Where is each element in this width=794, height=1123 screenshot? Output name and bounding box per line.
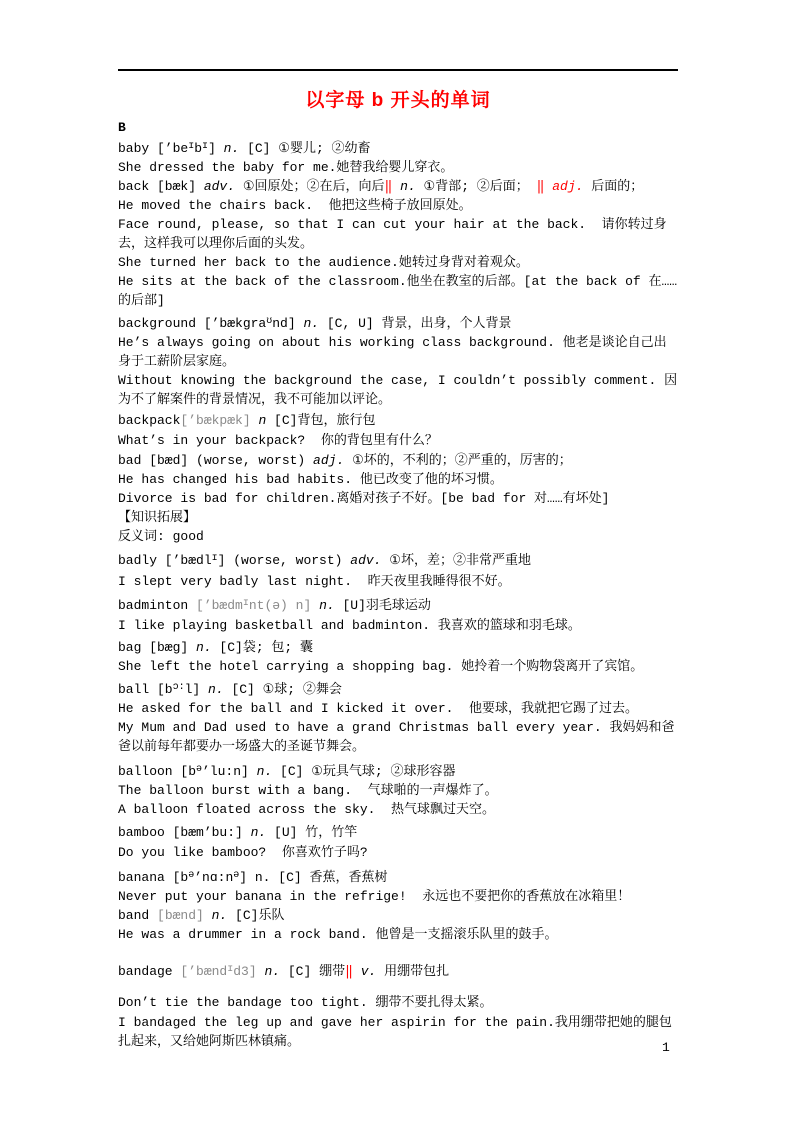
text-run: My Mum and Dad used to have a grand Chri…: [118, 720, 674, 754]
example-back-1: He moved the chairs back. 他把这些椅子放回原处。: [118, 196, 678, 215]
text-run: Don’t tie the bandage too tight. 绷带不要扎得太…: [118, 995, 492, 1010]
text-run: bandage: [118, 964, 180, 979]
text-run: Without knowing the background the case,…: [118, 373, 677, 407]
text-run: He has changed his bad habits. 他已改变了他的坏习…: [118, 472, 503, 487]
text-run: nd]: [272, 316, 303, 331]
entry-backpack: backpack[’bækpæk] n [C]背包，旅行包: [118, 411, 678, 430]
text-run: [C, U] 背景，出身，个人背景: [319, 316, 511, 331]
example-ball-1: He asked for the ball and I kicked it ov…: [118, 699, 678, 718]
example-balloon-1: The balloon burst with a bang. 气球啪的一声爆炸了…: [118, 781, 678, 800]
dictionary-entries: Bbaby [’beɪbɪ] n. [C] ①婴儿; ②幼畜She dresse…: [118, 118, 678, 1051]
text-run: He moved the chairs back. 他把这些椅子放回原处。: [118, 198, 472, 213]
text-run: I slept very badly last night. 昨天夜里我睡得很不…: [118, 574, 511, 589]
text-run: ball [b: [118, 682, 173, 697]
text-run: nt(ə) n]: [249, 598, 319, 613]
text-run: n.: [212, 908, 228, 923]
text-run: n.: [208, 682, 224, 697]
example-balloon-2: A balloon floated across the sky. 热气球飘过天…: [118, 800, 678, 819]
document-page: 以字母 b 开头的单词 Bbaby [’beɪbɪ] n. [C] ①婴儿; ②…: [0, 0, 794, 1123]
phonetic-superscript: ɔ:: [173, 682, 185, 693]
page-title: 以字母 b 开头的单词: [118, 85, 678, 112]
text-run: adj.: [313, 453, 344, 468]
text-run: back [bæk]: [118, 179, 204, 194]
text-run: background [’bækgra: [118, 316, 266, 331]
text-run: I bandaged the leg up and gave her aspir…: [118, 1015, 672, 1049]
text-run: [’bænd: [180, 964, 227, 979]
example-back-2: Face round, please, so that I can cut yo…: [118, 215, 678, 253]
example-back-3: She turned her back to the audience.她转过身…: [118, 253, 678, 272]
entry-back: back [bæk] adv. ①回原处；②在后，向后‖ n. ①背部; ②后面…: [118, 177, 678, 196]
entry-baby: baby [’beɪbɪ] n. [C] ①婴儿; ②幼畜: [118, 137, 678, 158]
text-run: [C] ①婴儿; ②幼畜: [239, 141, 370, 156]
entry-background: background [’bækgraʊnd] n. [C, U] 背景，出身，…: [118, 312, 678, 333]
example-banana: Never put your banana in the refrige! 永远…: [118, 887, 678, 906]
example-bad-1: He has changed his bad habits. 他已改变了他的坏习…: [118, 470, 678, 489]
text-run: [C]乐队: [227, 908, 284, 923]
example-bamboo: Do you like bamboo? 你喜欢竹子吗?: [118, 843, 678, 862]
text-run: ①坏的，不利的；②严重的，厉害的；: [344, 453, 571, 468]
text-run: n.: [303, 316, 319, 331]
text-run: He was a drummer in a rock band. 他曾是一支摇滚…: [118, 927, 557, 942]
text-run: [U]羽毛球运动: [335, 598, 431, 613]
text-run: v.: [353, 964, 376, 979]
entry-badminton: badminton [’bædmɪnt(ə) n] n. [U]羽毛球运动: [118, 594, 678, 615]
text-run: bag [bæg]: [118, 640, 196, 655]
text-run: [’bædm: [196, 598, 243, 613]
entry-ball: ball [bɔ:l] n. [C] ①球; ②舞会: [118, 678, 678, 699]
text-run: d3]: [233, 964, 264, 979]
text-run: 用绷带包扎: [376, 964, 449, 979]
text-run: 【知识拓展】: [118, 510, 196, 525]
text-run: b: [194, 141, 202, 156]
knowledge-expansion-heading: 【知识拓展】: [118, 508, 678, 527]
example-bag: She left the hotel carrying a shopping b…: [118, 657, 678, 676]
text-run: The balloon burst with a bang. 气球啪的一声爆炸了…: [118, 783, 498, 798]
text-run: I like playing basketball and badminton.…: [118, 618, 581, 633]
entry-balloon: balloon [bə’lu:n] n. [C] ①玩具气球; ②球形容器: [118, 760, 678, 781]
entry-banana: banana [bə’nɑ:nə] n. [C] 香蕉，香蕉树: [118, 866, 678, 887]
text-run: backpack: [118, 413, 180, 428]
text-run: n.: [264, 964, 280, 979]
text-run: band: [118, 908, 157, 923]
text-run: n.: [224, 141, 240, 156]
entry-bad: bad [bæd] (worse, worst) adj. ①坏的，不利的；②严…: [118, 451, 678, 470]
text-run: ①回原处；②在后，向后: [235, 179, 384, 194]
entry-bag: bag [bæg] n. [C]袋; 包; 囊: [118, 638, 678, 657]
text-run: Never put your banana in the refrige! 永远…: [118, 889, 630, 904]
text-run: ①背部; ②后面；: [416, 179, 537, 194]
text-run: B: [118, 120, 126, 135]
text-run: adv.: [204, 179, 235, 194]
text-run: She dressed the baby for me.她替我给婴儿穿衣。: [118, 160, 453, 175]
text-run: l]: [185, 682, 208, 697]
example-back-4: He sits at the back of the classroom.他坐在…: [118, 272, 678, 310]
example-bandage-1: Don’t tie the bandage too tight. 绷带不要扎得太…: [118, 993, 678, 1012]
text-run: ’nɑ:n: [194, 870, 233, 885]
text-run: [bænd]: [157, 908, 212, 923]
text-run: [C] 绷带: [280, 964, 345, 979]
text-run: [U] 竹，竹竿: [266, 825, 357, 840]
text-run: He asked for the ball and I kicked it ov…: [118, 701, 638, 716]
text-run: badly [’bædl: [118, 553, 212, 568]
text-run: baby [’be: [118, 141, 188, 156]
text-run: ] (worse, worst): [218, 553, 351, 568]
text-run: [C]背包，旅行包: [266, 413, 375, 428]
text-run: adv.: [350, 553, 381, 568]
text-run: ①坏，差；②非常严重地: [381, 553, 530, 568]
text-run: [C] ①球; ②舞会: [224, 682, 342, 697]
text-run: n.: [257, 764, 273, 779]
example-background-2: Without knowing the background the case,…: [118, 371, 678, 409]
example-badly: I slept very badly last night. 昨天夜里我睡得很不…: [118, 572, 678, 591]
text-run: ‖: [345, 964, 353, 979]
text-run: bamboo [bæm’bu:]: [118, 825, 251, 840]
text-run: adj.: [544, 179, 583, 194]
text-run: He’s always going on about his working c…: [118, 335, 667, 369]
text-run: bad [bæd] (worse, worst): [118, 453, 313, 468]
text-run: Face round, please, so that I can cut yo…: [118, 217, 667, 251]
entry-band: band [bænd] n. [C]乐队: [118, 906, 678, 925]
entry-bamboo: bamboo [bæm’bu:] n. [U] 竹，竹竿: [118, 823, 678, 842]
text-run: balloon [b: [118, 764, 196, 779]
text-run: 后面的；: [583, 179, 643, 194]
text-run: He sits at the back of the classroom.他坐在…: [118, 274, 677, 308]
text-run: n.: [319, 598, 335, 613]
example-band: He was a drummer in a rock band. 他曾是一支摇滚…: [118, 925, 678, 944]
text-run: [C]袋; 包; 囊: [212, 640, 313, 655]
text-run: Divorce is bad for children.离婚对孩子不好。[be …: [118, 491, 609, 506]
text-run: She left the hotel carrying a shopping b…: [118, 659, 643, 674]
text-run: ’lu:n]: [202, 764, 257, 779]
text-run: badminton: [118, 598, 196, 613]
text-run: [C] ①玩具气球; ②球形容器: [272, 764, 455, 779]
text-run: n.: [392, 179, 415, 194]
text-run: n.: [251, 825, 267, 840]
example-bandage-2: I bandaged the leg up and gave her aspir…: [118, 1013, 678, 1051]
text-run: What’s in your backpack? 你的背包里有什么？: [118, 433, 438, 448]
text-run: Do you like bamboo? 你喜欢竹子吗?: [118, 845, 368, 860]
entry-bandage: bandage [’bændɪd3] n. [C] 绷带‖ v. 用绷带包扎: [118, 960, 678, 981]
text-run: ]: [208, 141, 224, 156]
knowledge-expansion-body: 反义词: good: [118, 527, 678, 546]
example-baby: She dressed the baby for me.她替我给婴儿穿衣。: [118, 158, 678, 177]
example-backpack: What’s in your backpack? 你的背包里有什么？: [118, 431, 678, 450]
page-number: 1: [662, 1040, 670, 1055]
entry-badly: badly [’bædlɪ] (worse, worst) adv. ①坏，差；…: [118, 549, 678, 570]
example-bad-2: Divorce is bad for children.离婚对孩子不好。[be …: [118, 489, 678, 508]
text-run: She turned her back to the audience.她转过身…: [118, 255, 529, 270]
example-badminton: I like playing basketball and badminton.…: [118, 616, 678, 635]
example-background-1: He’s always going on about his working c…: [118, 333, 678, 371]
example-ball-2: My Mum and Dad used to have a grand Chri…: [118, 718, 678, 756]
section-letter: B: [118, 118, 678, 137]
text-run: ] n. [C] 香蕉，香蕉树: [239, 870, 387, 885]
text-run: [’bækpæk]: [180, 413, 258, 428]
text-run: 反义词: good: [118, 529, 204, 544]
text-run: banana [b: [118, 870, 188, 885]
text-run: n.: [196, 640, 212, 655]
header-rule: [118, 69, 678, 71]
content-area: 以字母 b 开头的单词 Bbaby [’beɪbɪ] n. [C] ①婴儿; ②…: [118, 0, 678, 1051]
text-run: A balloon floated across the sky. 热气球飘过天…: [118, 802, 495, 817]
